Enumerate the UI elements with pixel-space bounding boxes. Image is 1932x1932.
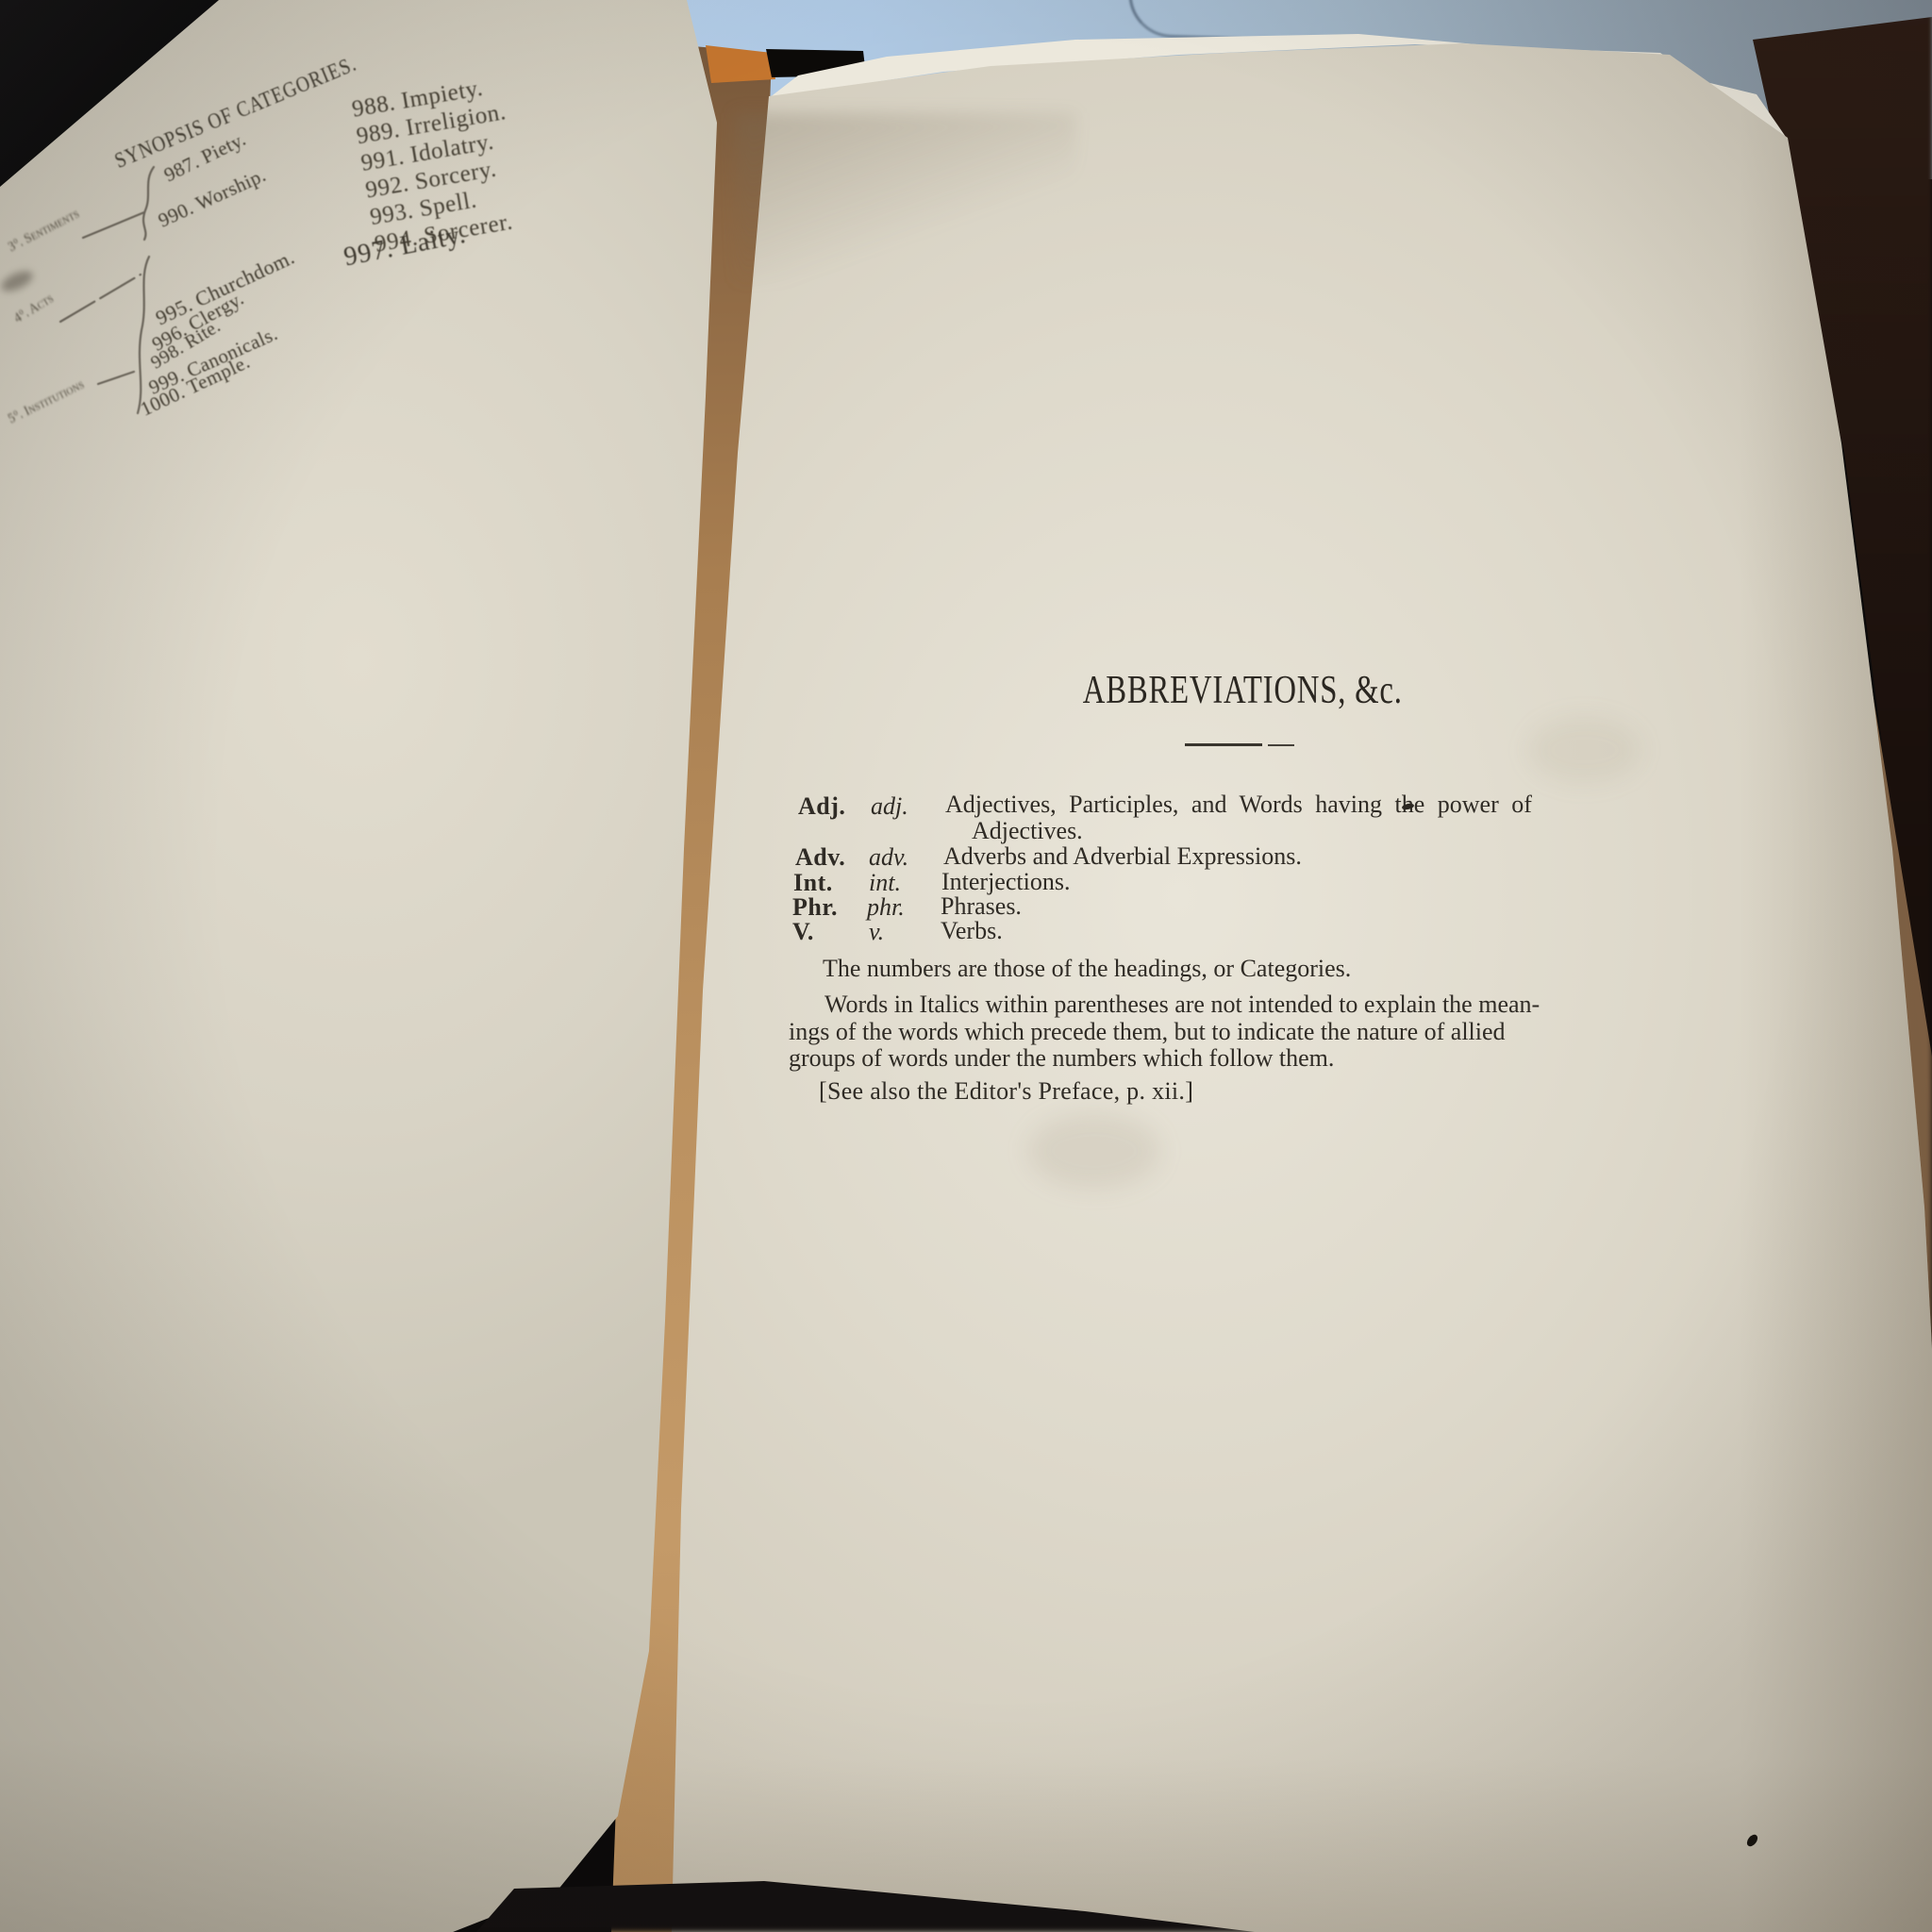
note-italics-line3: groups of words under the numbers which … [789,1044,1334,1073]
abbreviations-heading: ABBREVIATIONS, &c. [1083,668,1403,713]
abbr-v-italic: v. [869,918,884,946]
abbr-v-desc: Verbs. [941,917,1003,945]
paper-stain [1028,1113,1160,1189]
abbr-adj-bold: Adj. [798,792,845,821]
abbr-adv-bold: Adv. [795,843,845,872]
abbr-adj-desc: Adjectives, Participles, and Words havin… [945,791,1532,819]
note-italics-line2: ings of the words which precede them, bu… [789,1018,1506,1046]
brace-institutions [138,257,149,413]
abbr-adv-desc: Adverbs and Adverbial Expressions. [943,842,1302,871]
abbr-adj-italic: adj. [871,792,908,821]
line-sentiments [83,212,144,238]
note-numbers: The numbers are those of the headings, o… [823,955,1351,983]
abbr-adv-italic: adv. [869,843,908,872]
brace-sentiments [143,167,154,240]
paper-stain [1528,717,1641,783]
heading-rule-dash [1268,744,1294,746]
line-acts [60,275,141,322]
abbr-v-bold: V. [792,918,814,946]
note-see-preface: [See also the Editor's Preface, p. xii.] [819,1077,1193,1106]
abbreviations-heading-wrap: ABBREVIATIONS, &c. [972,668,1514,713]
abbr-adj-desc-wrap: Adjectives. [972,817,1083,845]
line-institutions [98,372,134,384]
note-italics-line1: Words in Italics within parentheses are … [824,991,1540,1019]
heading-rule [1185,743,1262,746]
book-photo: SYNOPSIS OF CATEGORIES. 987. Piety. 990.… [0,0,1932,1932]
